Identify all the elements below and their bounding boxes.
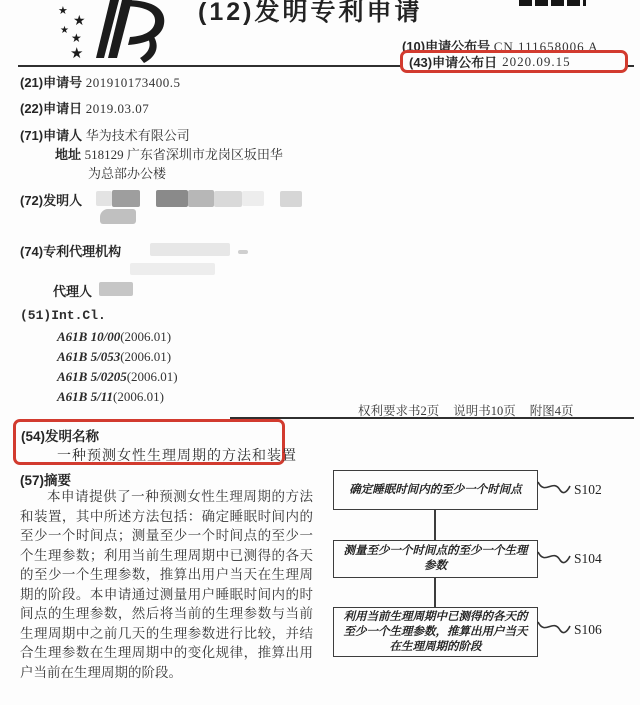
address-value-line1: 518129 广东省深圳市龙岗区坂田华 <box>85 147 283 162</box>
app-number-row: (21)申请号 201910173400.5 <box>20 72 181 91</box>
pub-date-highlight-box: (43)申请公布日 2020.09.15 <box>400 50 628 73</box>
wave-connector-2 <box>537 548 571 566</box>
flowchart-step-3-id: S106 <box>574 622 602 638</box>
app-date-value: 2019.03.07 <box>86 101 150 116</box>
applicant-address-row2: 为总部办公楼 <box>88 163 166 182</box>
flowchart-step-3-box: 利用当前生理周期中已测得的各天的至少一个生理参数，推算出用户当天在生理周期的阶段 <box>333 607 538 657</box>
abstract-text: 本申请提供了一种预测女性生理周期的方法和装置，其中所述方法包括：确定睡眠时间内的… <box>20 487 313 682</box>
flowchart-step-1-box: 确定睡眠时间内的至少一个时间点 <box>333 470 538 510</box>
ipc-code-1: A61B 10/00 <box>57 329 120 344</box>
abstract-section-label: (57)摘要 <box>20 469 71 489</box>
applicant-value: 华为技术有限公司 <box>86 128 190 143</box>
app-date-label: (22)申请日 <box>20 101 82 116</box>
description-pages: 说明书10页 <box>453 404 516 418</box>
ipc-row-1: A61B 10/00(2006.01) <box>57 329 171 345</box>
ipc-code-4: A61B 5/11 <box>57 389 113 404</box>
ipc-edition-2: (2006.01) <box>120 349 171 364</box>
svg-text:★: ★ <box>71 31 82 45</box>
inventors-row: (72)发明人 <box>20 190 82 209</box>
cropped-page-number-fragment <box>519 0 586 6</box>
app-number-label: (21)申请号 <box>20 75 82 90</box>
ipc-code-2: A61B 5/053 <box>57 349 120 364</box>
inventors-redacted-blocks <box>96 190 302 207</box>
pub-date-label: (43)申请公布日 <box>409 52 497 71</box>
applicant-address-row: 地址 518129 广东省深圳市龙岗区坂田华 <box>55 144 283 163</box>
address-value-line2: 为总部办公楼 <box>88 166 166 181</box>
ipc-code-3: A61B 5/0205 <box>57 369 127 384</box>
ipc-row-4: A61B 5/11(2006.01) <box>57 389 164 405</box>
ipc-edition-4: (2006.01) <box>113 389 164 404</box>
flowchart-connector-1 <box>434 510 436 540</box>
int-cl-label: (51)Int.Cl. <box>20 308 106 323</box>
agent-row: 代理人 <box>53 281 92 300</box>
mid-divider <box>230 417 634 419</box>
wave-connector-3 <box>537 618 571 636</box>
inventors-redacted-block-2 <box>100 209 136 224</box>
ipc-edition-1: (2006.01) <box>120 329 171 344</box>
invention-title: 一种预测女性生理周期的方法和装置 <box>57 445 297 465</box>
pub-date-value: 2020.09.15 <box>502 54 571 70</box>
agency-redacted-block-2 <box>130 263 215 275</box>
svg-text:★: ★ <box>58 5 68 17</box>
ipc-edition-3: (2006.01) <box>127 369 178 384</box>
agency-row: (74)专利代理机构 <box>20 241 121 260</box>
agent-redacted-block <box>99 282 133 296</box>
agency-redacted-mark <box>238 250 248 254</box>
ipc-row-2: A61B 5/053(2006.01) <box>57 349 171 365</box>
app-date-row: (22)申请日 2019.03.07 <box>20 98 149 117</box>
agency-label: (74)专利代理机构 <box>20 244 121 259</box>
agent-label: 代理人 <box>53 284 92 299</box>
patent-front-page: ★ ★ ★ ★ ★ (12)发明专利申请 (10)申请公布号 CN 111658… <box>0 0 640 705</box>
flowchart-step-2-box: 测量至少一个时间点的至少一个生理参数 <box>333 540 538 578</box>
inventors-label: (72)发明人 <box>20 193 82 208</box>
svg-text:★: ★ <box>70 45 83 62</box>
doc-type-title: (12)发明专利申请 <box>198 0 422 28</box>
title-section-label: (54)发明名称 <box>21 425 99 445</box>
flowchart-step-2-text: 测量至少一个时间点的至少一个生理参数 <box>342 544 529 574</box>
flowchart-step-1-text: 确定睡眠时间内的至少一个时间点 <box>349 483 522 498</box>
flowchart-step-3-text: 利用当前生理周期中已测得的各天的至少一个生理参数，推算出用户当天在生理周期的阶段 <box>342 610 529 655</box>
cnipa-logo: ★ ★ ★ ★ ★ <box>40 0 170 66</box>
flowchart-connector-2 <box>434 578 436 607</box>
ipc-row-3: A61B 5/0205(2006.01) <box>57 369 178 385</box>
app-number-value: 201910173400.5 <box>86 75 181 90</box>
claims-pages: 权利要求书2页 <box>358 404 439 418</box>
address-label: 地址 <box>55 147 81 162</box>
flowchart-step-1-id: S102 <box>574 482 602 498</box>
wave-connector-1 <box>537 478 571 496</box>
figure-pages: 附图4页 <box>530 404 574 418</box>
applicant-row: (71)申请人 华为技术有限公司 <box>20 125 190 144</box>
flowchart-step-2-id: S104 <box>574 551 602 567</box>
applicant-label: (71)申请人 <box>20 128 82 143</box>
svg-text:★: ★ <box>73 12 86 28</box>
cnipa-logo-icon: ★ ★ ★ ★ ★ <box>40 0 170 66</box>
svg-text:★: ★ <box>60 25 69 36</box>
agency-redacted-block-1 <box>150 243 230 256</box>
